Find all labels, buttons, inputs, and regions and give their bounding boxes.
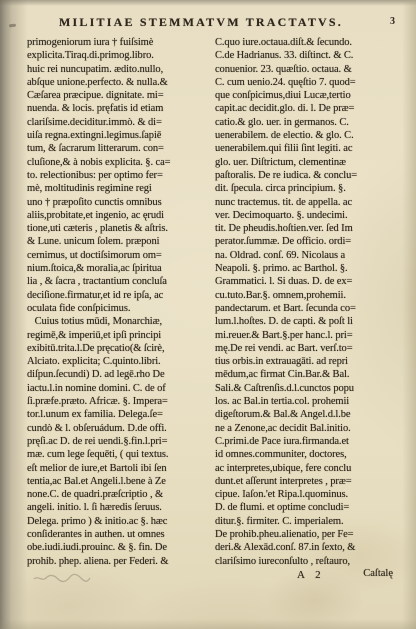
text-line: oculata fide conſpicimus. (27, 302, 206, 315)
text-line: conſiderantes in authen. ut omnes (27, 528, 206, 541)
page-edge-top (0, 0, 416, 6)
text-line: & Lune. unicum ſolem. præponi (27, 235, 206, 248)
text-line: que conſpicimus,diui Lucæ,tertio (215, 89, 396, 102)
text-line: pręſi.ac D. de rei uendi.§.fin.l.pri= (27, 435, 206, 448)
text-line: Cæſarea præcipue. dignitate. mi= (27, 89, 206, 102)
text-line: Alciato. explicita; C.quinto.libri. (27, 355, 206, 368)
text-line: diſpun.ſecundi) D. ad legē.rho De (27, 368, 206, 381)
text-line: to. relectionibus: per optimo fer= (27, 169, 206, 182)
text-line: mę.De rei vendi. ac Bart. verſ.to= (215, 342, 396, 355)
text-line: primogeniorum iura † fuiſsimè (27, 36, 206, 49)
running-title: MILITIAE STEMMATVM TRACTATVS. (36, 15, 366, 30)
text-line: catio.& glo. uer. in germanos. C. (215, 116, 396, 129)
text-line: dunt.et aſſerunt interpretes , præ= (215, 475, 396, 488)
text-line: explicita.Tiraq.di.primog.libro. (27, 49, 206, 62)
text-line: Neapoli. §. primo. ac Barthol. §. (215, 262, 396, 275)
text-line: cernimus, ut doctiſsimorum om= (27, 249, 206, 262)
text-line: pandectarum. et Bart. ſecunda co= (215, 302, 396, 315)
text-line: lum.l.hoſtes. D. de capti. & poſt li (215, 315, 396, 328)
text-line: cluſione,& à nobis explicita. §. ca= (27, 156, 206, 169)
text-line: id omnes.communiter, doctores, (215, 448, 396, 461)
text-column-right: C.quo iure.octaua.diſt.& ſecundo.C.de Ha… (215, 36, 396, 568)
text-line: cipue. Iaſon.'et Ripa.l.quominus. (215, 488, 396, 501)
text-line: uenerabilem.qui filii ſint legiti. ac (215, 142, 396, 155)
text-line: Sali.& Caſtrenſis.d.l.cunctos popu (215, 382, 396, 395)
text-line: C. cum uenio.24. quęſtio 7. quod= (215, 76, 396, 89)
text-line: na. Oldrad. conſ. 69. Nicolaus a (215, 249, 396, 262)
text-line: huic rei nuncupatim. ædito.nullo, (27, 63, 206, 76)
text-line: obe.iudi.iudi.prouinc. & §. fin. De (27, 541, 206, 554)
page-edge-left (0, 0, 30, 629)
text-line: C.quo iure.octaua.diſt.& ſecundo. (215, 36, 396, 49)
text-line: perator.ſummæ. De officio. ordi= (215, 235, 396, 248)
text-line: exibitū.trita.l.De pręcatio(& ſcirè, (27, 342, 206, 355)
text-line: regimē,& imperiū,et ipſi principi (27, 329, 206, 342)
book-page-scan: MILITIAE STEMMATVM TRACTATVS. 3 primogen… (0, 0, 416, 629)
text-line: ſi.præfe.præto. Africæ. §. Impera= (27, 395, 206, 408)
text-line: tor.l.unum ex familia. Delega.ſe= (27, 408, 206, 421)
text-line: De prohib.pheu.alienatio, per Fe= (215, 528, 396, 541)
text-line: Delega. primo ) & initio.ac §. hæc (27, 515, 206, 528)
text-line: clariſsime.deciditur.immò. & di= (27, 116, 206, 129)
text-line: conuenior. 23. quæſtio. octaua. & (215, 63, 396, 76)
text-line: tius orbis.in extrauagāti. ad repri (215, 355, 396, 368)
text-line: eſt melior de iure,et Bartoli ibi ſen (27, 462, 206, 475)
text-line: los. ac Bal.in tertia.col. prohemii (215, 395, 396, 408)
text-line: C.primi.de Pace iura.firmanda.et (215, 435, 396, 448)
text-line: Cuius totius mūdi, Monarchiæ, (27, 315, 206, 328)
text-line: Grammatici. l. Si duas. D. de ex= (215, 275, 396, 288)
faded-inscription (32, 571, 92, 585)
text-line: angeli. initio. l. ſi hæredis ſeruus. (27, 501, 206, 514)
text-line: abſque unione.perfecto. & nulla.& (27, 76, 206, 89)
text-line: paſtoralis. De re iudica. & conclu= (215, 169, 396, 182)
text-line: mè, moltitudinis regimine regi (27, 182, 206, 195)
text-line: digeſtorum.& Bal.& Angel.d.l.be (215, 408, 396, 421)
catchword: Caſtalę (363, 568, 393, 579)
text-line: capit.ac decidit.glo. di. l. De præ= (215, 102, 396, 115)
text-line: ditur.§. firmiter. C. imperialem. (215, 515, 396, 528)
text-line: aliis,probitate,et ingenio, ac ęrudi (27, 209, 206, 222)
text-line: ver. Decimoquarto. §. undecimi. (215, 209, 396, 222)
text-line: uenerabilem. de electio. & glo. C. (215, 129, 396, 142)
text-line: nium.ſtoica,& moralia,ac ſpiritua (27, 262, 206, 275)
text-line: tum, & ſacrarum litterarum. con= (27, 142, 206, 155)
page-edge-bottom (0, 619, 416, 629)
text-line: C.de Hadrianus. 33. diſtinct. & C. (215, 49, 396, 62)
text-line: nunc tractemus. tit. de appella. ac (215, 196, 396, 209)
page-edge-right (402, 0, 416, 629)
text-line: uno † præpoſito cunctis omnibus (27, 196, 206, 209)
text-line: uiſa regna.extingni.legimus.ſapiē (27, 129, 206, 142)
text-line: D. de flumi. et optime concludi= (215, 501, 396, 514)
folio-number: 3 (390, 16, 395, 27)
text-line: none.C. de quadri.præſcriptio , & (27, 488, 206, 501)
text-line: tentia,ac Bal.et Angeli.l.bene à Ze (27, 475, 206, 488)
text-line: mēdum,ac firmat Cin.Bar.& Bal. (215, 368, 396, 381)
text-line: cu.tuto.Bar.§. omnem,prohemii. (215, 289, 396, 302)
text-line: mi.reuer.& Bart.§.per hanc.l. pri= (215, 329, 396, 342)
text-line: cundò & l. obſeruádum. D.de offi. (27, 422, 206, 435)
text-line: nuenda. & locis. pręfatis id etiam (27, 102, 206, 115)
text-line: ne a Zenone,ac decidit Bal.initio. (215, 422, 396, 435)
signature-mark: A 2 (297, 569, 325, 581)
text-line: prohib. phep. aliena. per Federi. & (27, 555, 206, 568)
text-line: iactu.l.in nomine domini. C. de of (27, 382, 206, 395)
text-line: dit. ſpecula. circa principium. §. (215, 182, 396, 195)
text-line: tit. De pheudis.hoſtien.ver. ſed Im (215, 222, 396, 235)
text-line: tione,uti cæteris , planetis & aſtris. (27, 222, 206, 235)
text-line: clariſsimo iureconſulto , reſtauro, (215, 555, 396, 568)
text-line: glo. uer. Diſtrictum, clementinæ (215, 156, 396, 169)
text-line: deciſione.firmatur,et id re ipſa, ac (27, 289, 206, 302)
text-line: lia , & ſacra , tractantium concluſa (27, 275, 206, 288)
text-block: primogeniorum iura † fuiſsimèexplicita.T… (27, 36, 396, 568)
text-line: ac interpretes,ubique, fere conclu (215, 462, 396, 475)
text-line: deri.& Alexād.conſ. 87.in ſexto, & (215, 541, 396, 554)
text-column-left: primogeniorum iura † fuiſsimèexplicita.T… (27, 36, 206, 568)
text-line: mæ. cum lege ſequēti, ( qui textus. (27, 448, 206, 461)
